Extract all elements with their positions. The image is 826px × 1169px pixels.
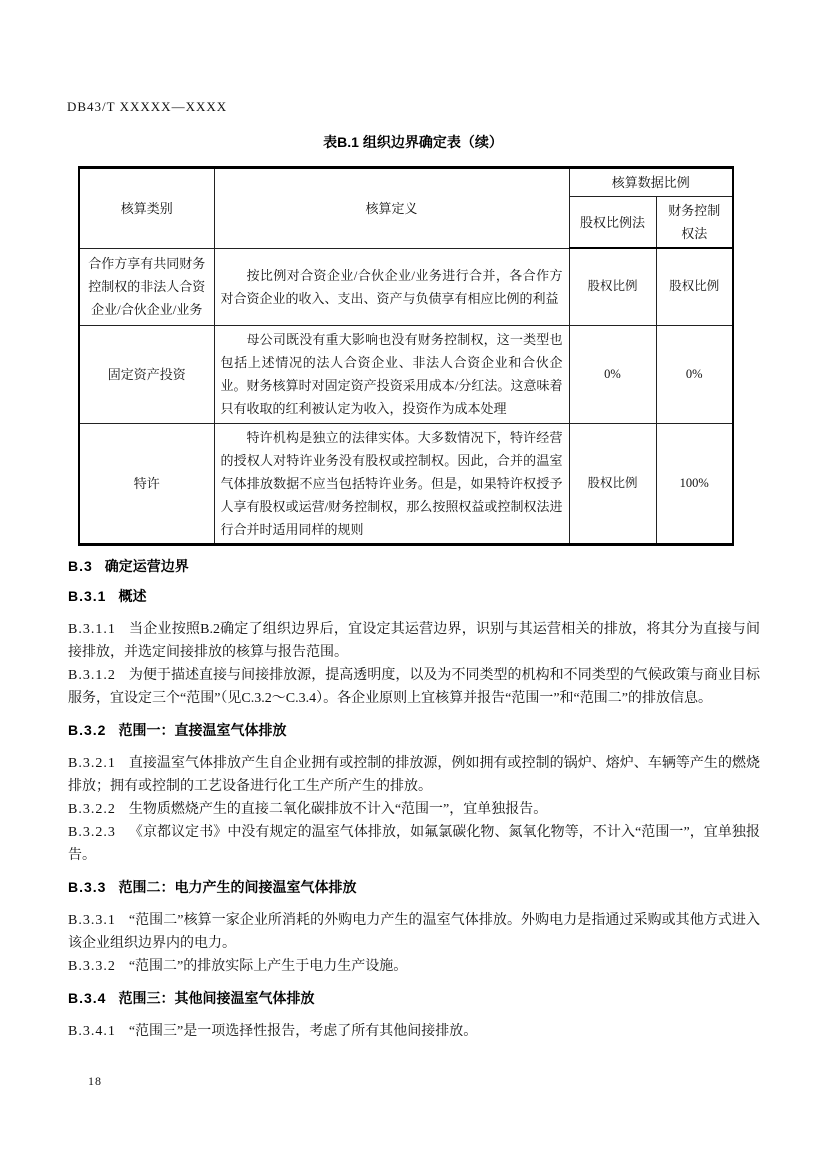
cell-category: 固定资产投资 (79, 325, 214, 423)
section-heading-b3: B.3确定运营边界 (68, 556, 760, 576)
doc-code: DB43/T XXXXX—XXXX (67, 99, 227, 115)
clause-paragraph: B.3.2.2生物质燃烧产生的直接二氧化碳排放不计入“范围一”，宜单独报告。 (68, 798, 760, 821)
boundary-table: 核算类别 核算定义 核算数据比例 股权比例法 财务控制权法 合作方享有共同财务控… (78, 166, 734, 546)
col-header-ratio-group: 核算数据比例 (569, 168, 733, 197)
section-heading-b33: B.3.3范围二：电力产生的间接温室气体排放 (68, 877, 760, 897)
clause-text: “范围三”是一项选择性报告，考虑了所有其他间接排放。 (129, 1024, 477, 1039)
heading-text: 确定运营边界 (105, 558, 189, 574)
table-caption: 表B.1 组织边界确定表（续） (0, 132, 826, 152)
table-row: 固定资产投资 母公司既没有重大影响也没有财务控制权，这一类型也包括上述情况的法人… (79, 325, 733, 423)
clause-paragraph: B.3.2.3《京都议定书》中没有规定的温室气体排放，如氟氯碳化物、氮氧化物等，… (68, 821, 760, 867)
clause-text: “范围二”的排放实际上产生于电力生产设施。 (129, 959, 407, 974)
clause-paragraph: B.3.4.1“范围三”是一项选择性报告，考虑了所有其他间接排放。 (68, 1020, 760, 1043)
cell-definition: 特许机构是独立的法律实体。大多数情况下，特许经营的授权人对特许业务没有股权或控制… (214, 423, 569, 544)
cell-equity-value: 股权比例 (569, 248, 656, 325)
clause-text: 为便于描述直接与间接排放源，提高透明度，以及为不同类型的机构和不同类型的气候政策… (68, 668, 760, 706)
clause-number: B.3.4 (68, 990, 106, 1006)
heading-text: 范围一：直接温室气体排放 (118, 722, 286, 738)
body-text: B.3确定运营边界 B.3.1概述 B.3.1.1当企业按照B.2确定了组织边界… (68, 556, 760, 1043)
cell-financial-value: 100% (656, 423, 733, 544)
heading-text: 范围三：其他间接温室气体排放 (118, 990, 314, 1006)
document-page: DB43/T XXXXX—XXXX 表B.1 组织边界确定表（续） 核算类别 核… (0, 0, 826, 1169)
section-heading-b34: B.3.4范围三：其他间接温室气体排放 (68, 988, 760, 1008)
clause-text: 直接温室气体排放产生自企业拥有或控制的排放源，例如拥有或控制的锅炉、熔炉、车辆等… (68, 756, 760, 794)
clause-number: B.3.1.2 (68, 668, 116, 683)
heading-text: 范围二：电力产生的间接温室气体排放 (118, 879, 356, 895)
clause-paragraph: B.3.1.2为便于描述直接与间接排放源，提高透明度，以及为不同类型的机构和不同… (68, 664, 760, 710)
clause-text: 《京都议定书》中没有规定的温室气体排放，如氟氯碳化物、氮氧化物等，不计入“范围一… (68, 825, 760, 863)
clause-number: B.3.3.1 (68, 913, 116, 928)
cell-equity-value: 0% (569, 325, 656, 423)
cell-definition: 母公司既没有重大影响也没有财务控制权，这一类型也包括上述情况的法人合资企业、非法… (214, 325, 569, 423)
cell-equity-value: 股权比例 (569, 423, 656, 544)
clause-text: 生物质燃烧产生的直接二氧化碳排放不计入“范围一”，宜单独报告。 (129, 802, 547, 817)
clause-number: B.3.3 (68, 879, 106, 895)
clause-number: B.3.2.3 (68, 825, 116, 840)
clause-text: “范围二”核算一家企业所消耗的外购电力产生的温室气体排放。外购电力是指通过采购或… (68, 913, 760, 951)
clause-number: B.3.2.1 (68, 756, 116, 771)
cell-financial-value: 股权比例 (656, 248, 733, 325)
cell-definition: 按比例对合资企业/合伙企业/业务进行合并，各合作方对合资企业的收入、支出、资产与… (214, 248, 569, 325)
clause-text: 当企业按照B.2确定了组织边界后，宜设定其运营边界，识别与其运营相关的排放，将其… (68, 622, 760, 660)
col-header-category: 核算类别 (79, 168, 214, 249)
clause-number: B.3.3.2 (68, 959, 116, 974)
table-row: 合作方享有共同财务控制权的非法人合资企业/合伙企业/业务 按比例对合资企业/合伙… (79, 248, 733, 325)
clause-number: B.3.2.2 (68, 802, 116, 817)
cell-category: 合作方享有共同财务控制权的非法人合资企业/合伙企业/业务 (79, 248, 214, 325)
col-header-equity-method: 股权比例法 (569, 197, 656, 249)
table-row: 特许 特许机构是独立的法律实体。大多数情况下，特许经营的授权人对特许业务没有股权… (79, 423, 733, 544)
clause-paragraph: B.3.1.1当企业按照B.2确定了组织边界后，宜设定其运营边界，识别与其运营相… (68, 618, 760, 664)
clause-paragraph: B.3.2.1直接温室气体排放产生自企业拥有或控制的排放源，例如拥有或控制的锅炉… (68, 752, 760, 798)
clause-paragraph: B.3.3.1“范围二”核算一家企业所消耗的外购电力产生的温室气体排放。外购电力… (68, 909, 760, 955)
cell-financial-value: 0% (656, 325, 733, 423)
table-header-row-top: 核算类别 核算定义 核算数据比例 (79, 168, 733, 197)
col-header-definition: 核算定义 (214, 168, 569, 249)
clause-number: B.3.1 (68, 588, 106, 604)
clause-number: B.3.4.1 (68, 1024, 116, 1039)
section-heading-b32: B.3.2范围一：直接温室气体排放 (68, 720, 760, 740)
clause-paragraph: B.3.3.2“范围二”的排放实际上产生于电力生产设施。 (68, 955, 760, 978)
heading-text: 概述 (118, 588, 146, 604)
section-heading-b31: B.3.1概述 (68, 586, 760, 606)
cell-category: 特许 (79, 423, 214, 544)
page-number: 18 (88, 1074, 102, 1089)
clause-number: B.3.2 (68, 722, 106, 738)
col-header-financial-method: 财务控制权法 (656, 197, 733, 249)
clause-number: B.3.1.1 (68, 622, 116, 637)
clause-number: B.3 (68, 558, 93, 574)
